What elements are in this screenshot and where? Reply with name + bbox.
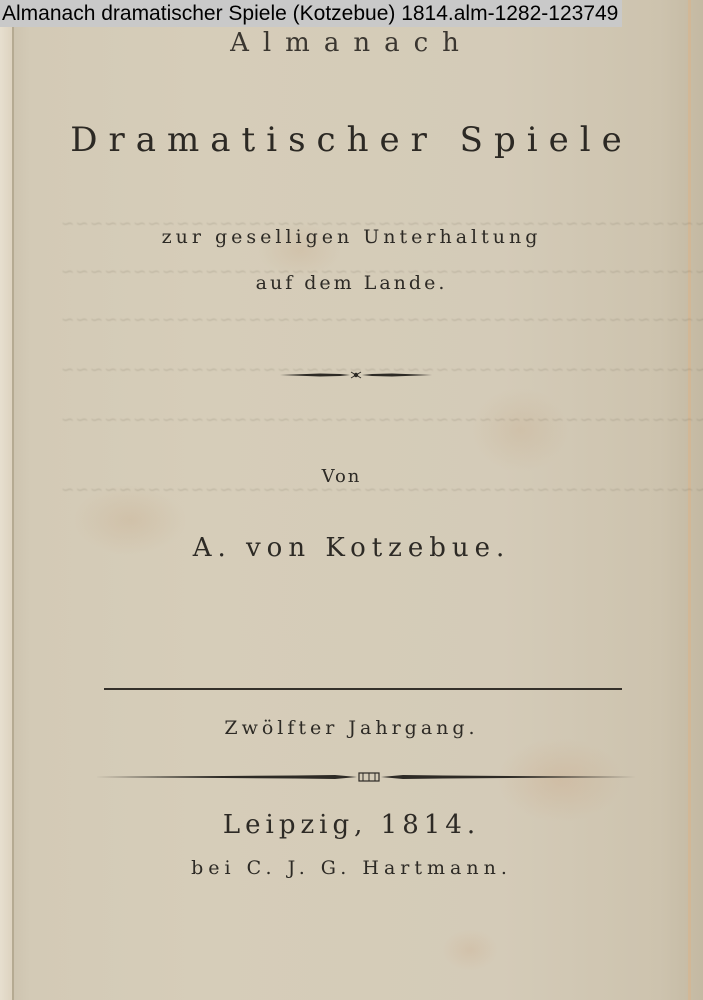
heading-main: Dramatischer Spiele — [0, 120, 703, 160]
floral-divider-icon — [280, 370, 432, 380]
subtitle-line-2: auf dem Lande. — [0, 272, 703, 294]
bleed-through-text: ~~~~~~~~~~~~~~~~~~~~~~~~~~~~~~~~~~~~~~~~… — [60, 410, 703, 429]
bleed-through-text: ~~~~~~~~~~~~~~~~~~~~~~~~~~~~~~~~~~~~~~~~… — [60, 310, 703, 329]
window-title: Almanach dramatischer Spiele (Kotzebue) … — [0, 0, 622, 27]
heading-small: Almanach — [0, 28, 703, 58]
subtitle-line-1: zur geselligen Unterhaltung — [0, 226, 703, 248]
by-label: Von — [0, 466, 703, 487]
author-name: A. von Kotzebue. — [0, 533, 703, 563]
floral-divider-wide-icon — [95, 771, 643, 783]
horizontal-rule — [104, 688, 622, 690]
edition-label: Zwölfter Jahrgang. — [0, 717, 703, 739]
publisher: bei C. J. G. Hartmann. — [0, 857, 703, 879]
place-year: Leipzig, 1814. — [0, 810, 703, 840]
scanned-page: Almanach dramatischer Spiele (Kotzebue) … — [0, 0, 703, 1000]
